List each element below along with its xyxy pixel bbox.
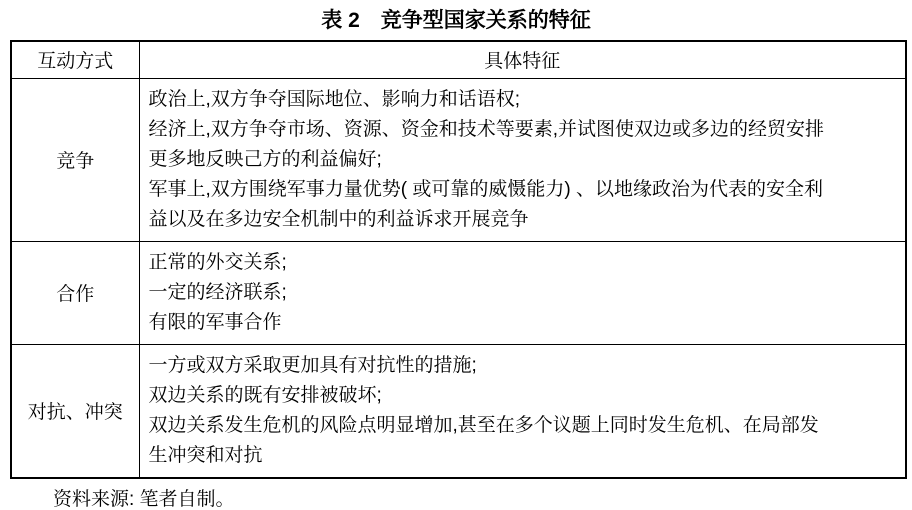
detail-line: 更多地反映己方的利益偏好; [149,145,897,175]
detail-line: 军事上,双方围绕军事力量优势( 或可靠的威慑能力) 、以地缘政治为代表的安全利 [149,175,897,205]
detail-line: 生冲突和对抗 [149,441,897,471]
table-row: 对抗、冲突 一方或双方采取更加具有对抗性的措施; 双边关系的既有安排被破坏; 双… [11,344,906,478]
table-row: 合作 正常的外交关系; 一定的经济联系; 有限的军事合作 [11,241,906,344]
document-page: 表 2 竞争型国家关系的特征 互动方式 具体特征 竞争 政治上,双方争夺国际地位… [0,0,912,510]
detail-line: 经济上,双方争夺市场、资源、资金和技术等要素,并试图使双边或多边的经贸安排 [149,115,897,145]
detail-line: 一定的经济联系; [149,278,897,308]
header-specific-characteristics: 具体特征 [139,41,906,78]
mode-cell-confrontation-conflict: 对抗、冲突 [11,344,139,478]
detail-line: 有限的军事合作 [149,308,897,338]
detail-line: 正常的外交关系; [149,248,897,278]
table-caption: 表 2 竞争型国家关系的特征 [0,0,912,40]
mode-cell-competition: 竞争 [11,78,139,241]
table-row: 竞争 政治上,双方争夺国际地位、影响力和话语权; 经济上,双方争夺市场、资源、资… [11,78,906,241]
detail-cell-competition: 政治上,双方争夺国际地位、影响力和话语权; 经济上,双方争夺市场、资源、资金和技… [139,78,906,241]
characteristics-table: 互动方式 具体特征 竞争 政治上,双方争夺国际地位、影响力和话语权; 经济上,双… [10,40,907,479]
detail-line: 益以及在多边安全机制中的利益诉求开展竞争 [149,205,897,235]
detail-cell-cooperation: 正常的外交关系; 一定的经济联系; 有限的军事合作 [139,241,906,344]
table-header-row: 互动方式 具体特征 [11,41,906,78]
detail-line: 一方或双方采取更加具有对抗性的措施; [149,351,897,381]
mode-cell-cooperation: 合作 [11,241,139,344]
detail-cell-confrontation-conflict: 一方或双方采取更加具有对抗性的措施; 双边关系的既有安排被破坏; 双边关系发生危… [139,344,906,478]
header-interaction-mode: 互动方式 [11,41,139,78]
source-note: 资料来源: 笔者自制。 [53,488,912,510]
detail-line: 政治上,双方争夺国际地位、影响力和话语权; [149,85,897,115]
detail-line: 双边关系发生危机的风险点明显增加,甚至在多个议题上同时发生危机、在局部发 [149,411,897,441]
detail-line: 双边关系的既有安排被破坏; [149,381,897,411]
